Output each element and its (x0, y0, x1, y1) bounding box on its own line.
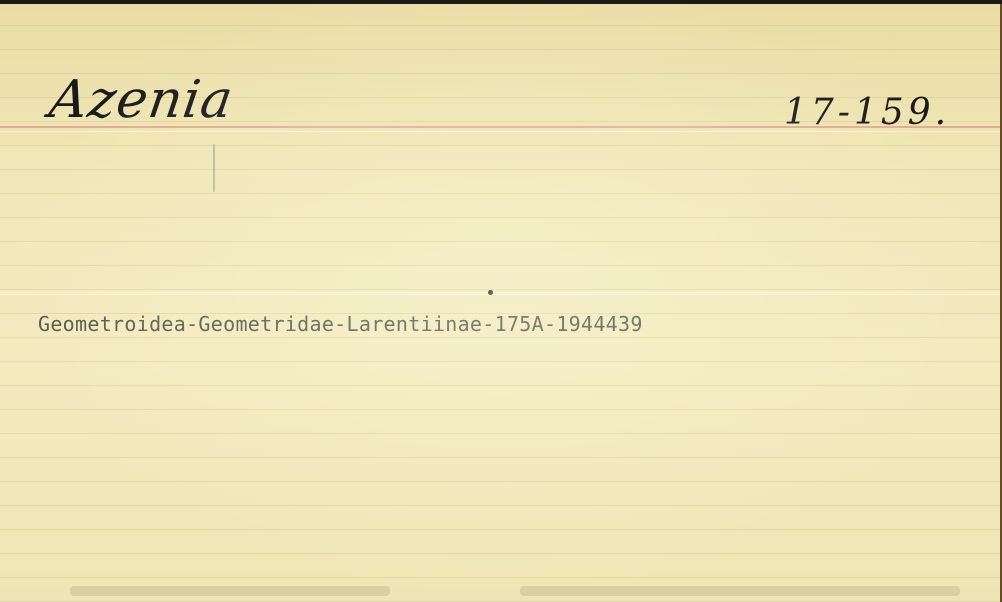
index-card: Azenia 17-159. Geometroidea-Geometridae-… (0, 4, 1002, 602)
pencil-mark (213, 144, 215, 192)
bottom-smudge (520, 586, 960, 596)
typed-classification: Geometroidea-Geometridae-Larentiinae-175… (38, 312, 643, 336)
bottom-smudge (70, 586, 390, 596)
white-rule (0, 292, 1000, 293)
card-number-handwritten: 17-159. (784, 92, 950, 133)
ink-dot (488, 290, 493, 295)
white-rule (0, 294, 1000, 295)
genus-name-handwritten: Azenia (46, 70, 237, 130)
